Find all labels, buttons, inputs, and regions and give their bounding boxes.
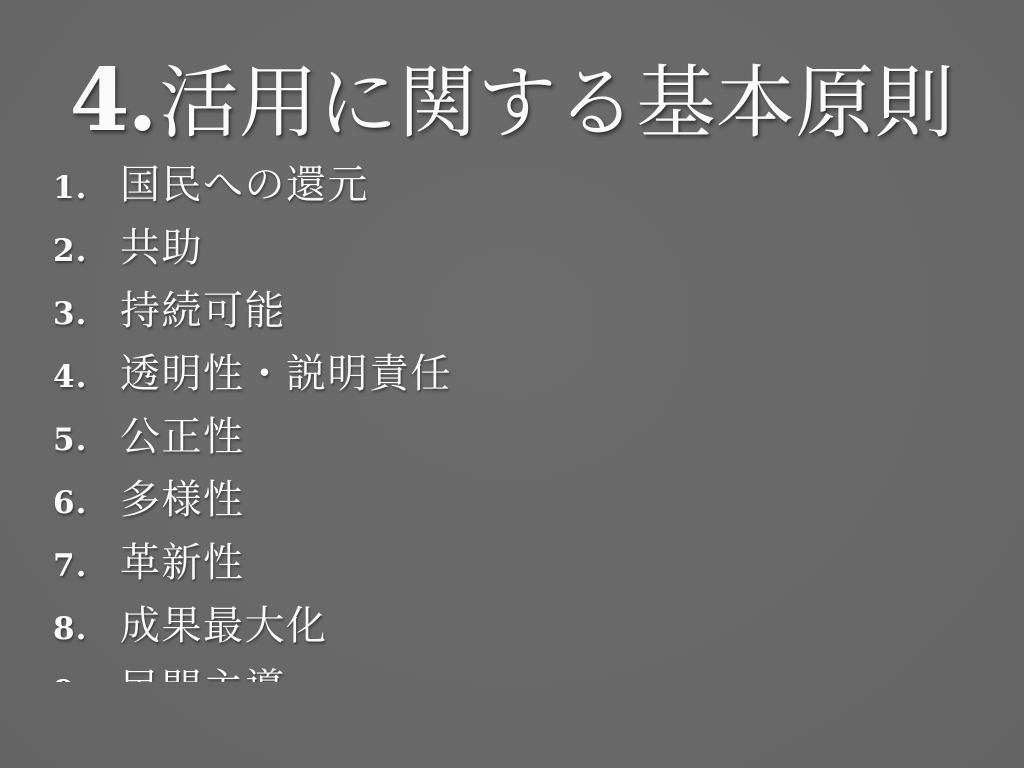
item-label: 民間主導 — [120, 667, 286, 682]
item-number: 2. — [53, 220, 120, 283]
item-number: 1. — [53, 157, 120, 220]
item-label: 持続可能 — [120, 289, 286, 333]
list-item: 5.公正性 — [0, 406, 1024, 469]
slide-background: 4.活用に関する基本原則 1.国民への還元 2.共助 3.持続可能 4.透明性・… — [0, 0, 1024, 768]
item-number: 3. — [53, 283, 120, 346]
item-number: 4. — [53, 346, 120, 409]
item-label: 多様性 — [120, 478, 245, 522]
list-item: 3.持続可能 — [0, 280, 1024, 343]
list-item: 2.共助 — [0, 217, 1024, 280]
item-number: 6. — [53, 472, 120, 535]
list-item: 8.成果最大化 — [0, 595, 1024, 658]
title-text: 活用に関する基本原則 — [159, 58, 954, 147]
item-label: 透明性・説明責任 — [120, 352, 452, 396]
item-label: 公正性 — [120, 415, 245, 459]
item-label: 革新性 — [120, 541, 245, 585]
list-item: 6.多様性 — [0, 469, 1024, 532]
principles-list-viewport: 1.国民への還元 2.共助 3.持続可能 4.透明性・説明責任 5.公正性 6.… — [0, 154, 1024, 682]
list-item-clipped: 9.民間主導 — [0, 658, 1024, 682]
list-item: 7.革新性 — [0, 532, 1024, 595]
list-item: 4.透明性・説明責任 — [0, 343, 1024, 406]
item-label: 成果最大化 — [120, 604, 328, 648]
list-item: 1.国民への還元 — [0, 154, 1024, 217]
item-number: 5. — [53, 409, 120, 472]
item-label: 共助 — [120, 226, 203, 270]
item-number: 9. — [53, 661, 120, 682]
item-number: 7. — [53, 535, 120, 598]
item-number: 8. — [53, 598, 120, 661]
title-number: 4. — [70, 50, 156, 151]
item-label: 国民への還元 — [120, 163, 369, 207]
principles-list: 1.国民への還元 2.共助 3.持続可能 4.透明性・説明責任 5.公正性 6.… — [0, 154, 1024, 682]
